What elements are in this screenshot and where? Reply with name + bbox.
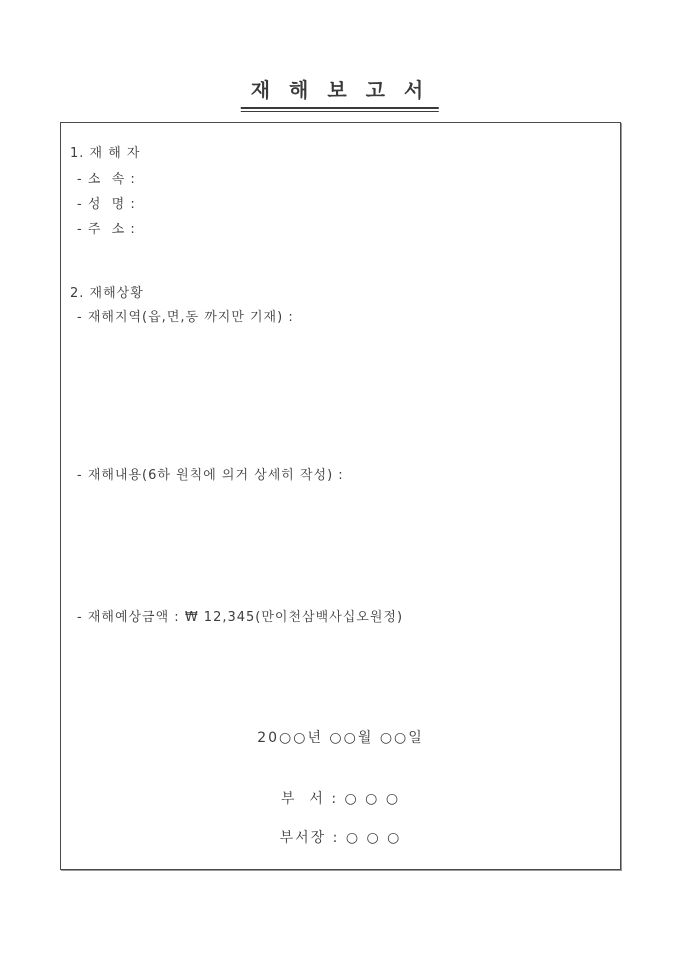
field-estimated-amount: - 재해예상금액 : ₩ 12,345(만이천삼백사십오원정) [77, 609, 403, 626]
document-page: 재 해 보 고 서 1. 재 해 자 - 소 속 : - 성 명 : - 주 소… [0, 0, 680, 962]
field-disaster-area-label: - 재해지역(읍,면,동 까지만 기재) : [77, 309, 294, 326]
field-disaster-details-label: - 재해내용(6하 원칙에 의거 상세히 작성) : [77, 467, 344, 484]
report-form-box: 1. 재 해 자 - 소 속 : - 성 명 : - 주 소 : 2. 재해상황… [60, 122, 621, 870]
field-name-label: - 성 명 : [77, 196, 136, 213]
field-affiliation-label: - 소 속 : [77, 171, 136, 188]
field-address-label: - 주 소 : [77, 221, 136, 238]
signature-department: 부 서 : ○ ○ ○ [61, 791, 620, 808]
date-line: 20○○년 ○○월 ○○일 [61, 730, 620, 747]
section-victim-heading: 1. 재 해 자 [70, 145, 140, 162]
signature-department-head: 부서장 : ○ ○ ○ [61, 830, 620, 847]
section-situation-heading: 2. 재해상황 [70, 285, 144, 302]
document-title: 재 해 보 고 서 [241, 74, 439, 109]
